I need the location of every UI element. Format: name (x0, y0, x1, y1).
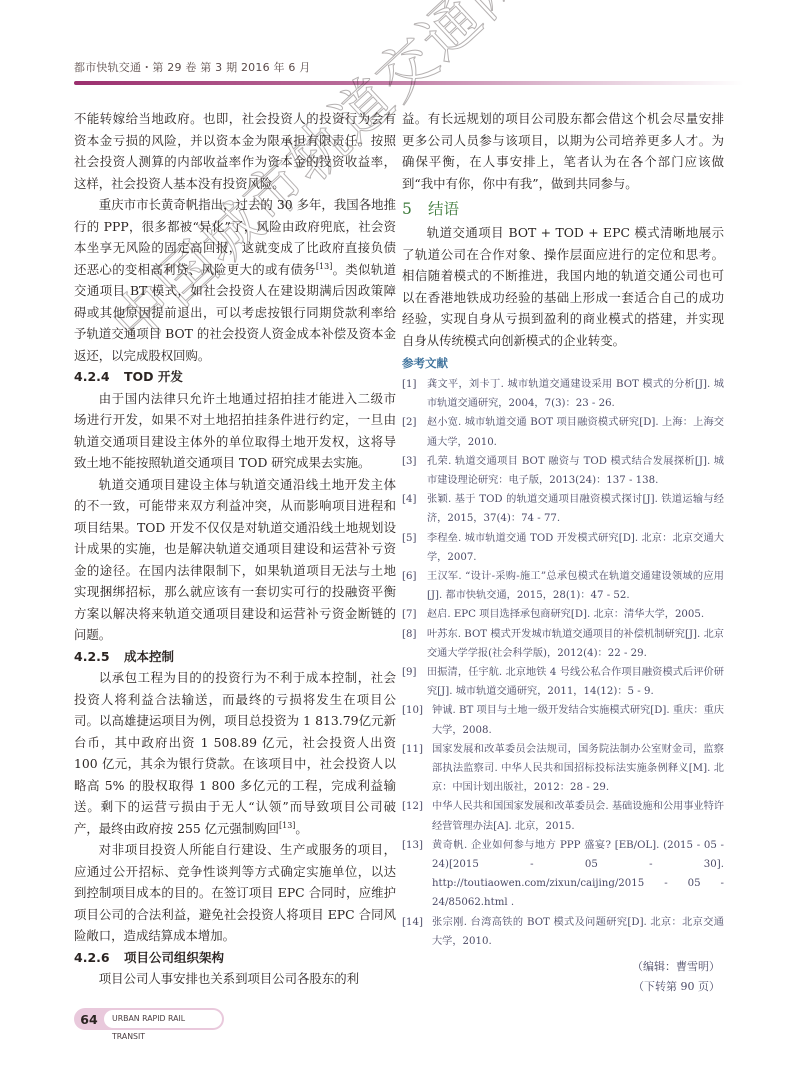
paragraph: 由于国内法律只允许土地通过招拍挂才能进入二级市场进行开发，如果不对土地招拍挂条件… (74, 388, 396, 474)
paragraph-text: 以承包工程为目的的投资行为不利于成本控制，社会投资人将利益合法输送，而最终的亏损… (74, 670, 396, 836)
reference-number: [14] (402, 913, 432, 951)
reference-text: 龚文平，刘卡丁. 城市轨道交通建设采用 BOT 模式的分析[J]. 城市轨道交通… (427, 375, 724, 413)
reference-item: [9]田振清，任宇航. 北京地铁 4 号线公私合作项目融资模式后评价研究[J].… (402, 663, 724, 701)
reference-item: [5]李程垒. 城市轨道交通 TOD 开发模式研究[D]. 北京：北京交通大学，… (402, 529, 724, 567)
reference-item: [12]中华人民共和国国家发展和改革委员会. 基础设施和公用事业特许经营管理办法… (402, 797, 724, 835)
reference-number: [7] (402, 605, 427, 624)
reference-number: [6] (402, 567, 427, 605)
paragraph: 轨道交通项目 BOT + TOD + EPC 模式清晰地展示了轨道公司在合作对象… (402, 222, 724, 351)
reference-item: [13]黄奇帆. 企业如何参与地方 PPP 盛宴? [EB/OL]. (2015… (402, 836, 724, 913)
reference-text: 叶苏东. BOT 模式开发城市轨道交通项目的补偿机制研究[J]. 北京交通大学学… (427, 625, 724, 663)
reference-item: [14]张宗刚. 台湾高铁的 BOT 模式及问题研究[D]. 北京：北京交通大学… (402, 913, 724, 951)
reference-text: 王汉军. “设计-采购-施工”总承包模式在轨道交通建设领域的应用[J]. 都市快… (427, 567, 724, 605)
section-title: 项目公司组织架构 (124, 950, 224, 965)
reference-text: 钟诚. BT 项目与土地一级开发结合实施模式研究[D]. 重庆：重庆大学，200… (432, 701, 724, 739)
section-heading-4-2-4: 4.2.4TOD 开发 (74, 366, 396, 388)
reference-number: [11] (402, 740, 432, 798)
section-title: 成本控制 (124, 649, 174, 664)
section-number: 4.2.5 (74, 646, 124, 668)
reference-text: 国家发展和改革委员会法规司，国务院法制办公室财金司，监察部执法监察司. 中华人民… (432, 740, 724, 798)
reference-number: [8] (402, 625, 427, 663)
reference-number: [12] (402, 797, 432, 835)
running-header: 都市快轨交通・第 29 卷 第 3 期 2016 年 6 月 (74, 59, 744, 85)
reference-number: [2] (402, 413, 427, 451)
reference-item: [3]孔荣. 轨道交通项目 BOT 融资与 TOD 模式结合发展探析[J]. 城… (402, 452, 724, 490)
section-title: TOD 开发 (124, 369, 183, 384)
reference-text: 赵小宽. 城市轨道交通 BOT 项目融资模式研究[D]. 上海：上海交通大学，2… (427, 413, 724, 451)
reference-list: [1]龚文平，刘卡丁. 城市轨道交通建设采用 BOT 模式的分析[J]. 城市轨… (402, 375, 724, 951)
page-footer-badge: 64 URBAN RAPID RAIL TRANSIT (74, 1008, 224, 1030)
section-number: 4.2.6 (74, 947, 124, 969)
reference-number: [9] (402, 663, 427, 701)
section-heading-5: 5结语 (402, 196, 724, 222)
journal-issue-line: 都市快轨交通・第 29 卷 第 3 期 2016 年 6 月 (74, 59, 744, 75)
reference-number: [1] (402, 375, 427, 413)
paragraph-text: 。 (295, 821, 307, 836)
reference-number: [5] (402, 529, 427, 567)
right-column: 益。有长远规划的项目公司股东都会借这个机会尽量安排更多公司人员参与该项目，以期为… (402, 108, 724, 997)
paragraph: 对非项目投资人所能自行建设、生产或服务的项目，应通过公开招标、竞争性谈判等方式确… (74, 839, 396, 947)
reference-text: 张颖. 基于 TOD 的轨道交通项目融资模式探讨[J]. 铁道运输与经济，201… (427, 490, 724, 528)
reference-item: [8]叶苏东. BOT 模式开发城市轨道交通项目的补偿机制研究[J]. 北京交通… (402, 625, 724, 663)
journal-english-name: URBAN RAPID RAIL TRANSIT (104, 1010, 222, 1028)
reference-text: 田振清，任宇航. 北京地铁 4 号线公私合作项目融资模式后评价研究[J]. 城市… (427, 663, 724, 701)
reference-text: 李程垒. 城市轨道交通 TOD 开发模式研究[D]. 北京：北京交通大学，200… (427, 529, 724, 567)
reference-text[interactable]: 黄奇帆. 企业如何参与地方 PPP 盛宴? [EB/OL]. (2015 - 0… (432, 836, 724, 913)
paragraph: 重庆市市长黄奇帆指出，过去的 30 多年，我国各地推行的 PPP，很多都被“异化… (74, 194, 396, 366)
section-heading-4-2-5: 4.2.5成本控制 (74, 646, 396, 668)
references-heading: 参考文献 (402, 353, 724, 373)
reference-item: [10]钟诚. BT 项目与土地一级开发结合实施模式研究[D]. 重庆：重庆大学… (402, 701, 724, 739)
reference-text: 张宗刚. 台湾高铁的 BOT 模式及问题研究[D]. 北京：北京交通大学，201… (432, 913, 724, 951)
reference-number: [10] (402, 701, 432, 739)
reference-item: [1]龚文平，刘卡丁. 城市轨道交通建设采用 BOT 模式的分析[J]. 城市轨… (402, 375, 724, 413)
reference-text: 孔荣. 轨道交通项目 BOT 融资与 TOD 模式结合发展探析[J]. 城市建设… (427, 452, 724, 490)
reference-item: [7]赵启. EPC 项目选择承包商研究[D]. 北京：清华大学，2005. (402, 605, 724, 624)
page-number: 64 (74, 1012, 104, 1027)
citation-link[interactable]: [13] (279, 820, 295, 829)
reference-text: 赵启. EPC 项目选择承包商研究[D]. 北京：清华大学，2005. (427, 605, 724, 624)
editor-credit: （编辑：曹雪明） (402, 957, 724, 977)
reference-item: [4]张颖. 基于 TOD 的轨道交通项目融资模式探讨[J]. 铁道运输与经济，… (402, 490, 724, 528)
left-column: 不能转嫁给当地政府。也即，社会投资人的投资行为会有资本金亏损的风险，并以资本金为… (74, 108, 396, 990)
reference-text: 中华人民共和国国家发展和改革委员会. 基础设施和公用事业特许经营管理办法[A].… (432, 797, 724, 835)
reference-item: [2]赵小宽. 城市轨道交通 BOT 项目融资模式研究[D]. 上海：上海交通大… (402, 413, 724, 451)
section-number: 4.2.4 (74, 366, 124, 388)
header-divider-bar (74, 81, 744, 85)
reference-number: [4] (402, 490, 427, 528)
paragraph: 项目公司人事安排也关系到项目公司各股东的利 (74, 968, 396, 990)
section-heading-4-2-6: 4.2.6项目公司组织架构 (74, 947, 396, 969)
reference-number: [13] (402, 836, 432, 913)
reference-number: [3] (402, 452, 427, 490)
paragraph: 以承包工程为目的的投资行为不利于成本控制，社会投资人将利益合法输送，而最终的亏损… (74, 667, 396, 839)
continued-on-page-note: （下转第 90 页） (402, 977, 724, 997)
section-title: 结语 (428, 200, 459, 218)
reference-item: [11]国家发展和改革委员会法规司，国务院法制办公室财金司，监察部执法监察司. … (402, 740, 724, 798)
citation-link[interactable]: [13] (316, 261, 332, 270)
paragraph: 不能转嫁给当地政府。也即，社会投资人的投资行为会有资本金亏损的风险，并以资本金为… (74, 108, 396, 194)
paragraph: 益。有长远规划的项目公司股东都会借这个机会尽量安排更多公司人员参与该项目，以期为… (402, 108, 724, 194)
paragraph: 轨道交通项目建设主体与轨道交通沿线土地开发主体的不一致，可能带来双方利益冲突，从… (74, 474, 396, 646)
reference-item: [6]王汉军. “设计-采购-施工”总承包模式在轨道交通建设领域的应用[J]. … (402, 567, 724, 605)
section-number: 5 (402, 196, 428, 222)
